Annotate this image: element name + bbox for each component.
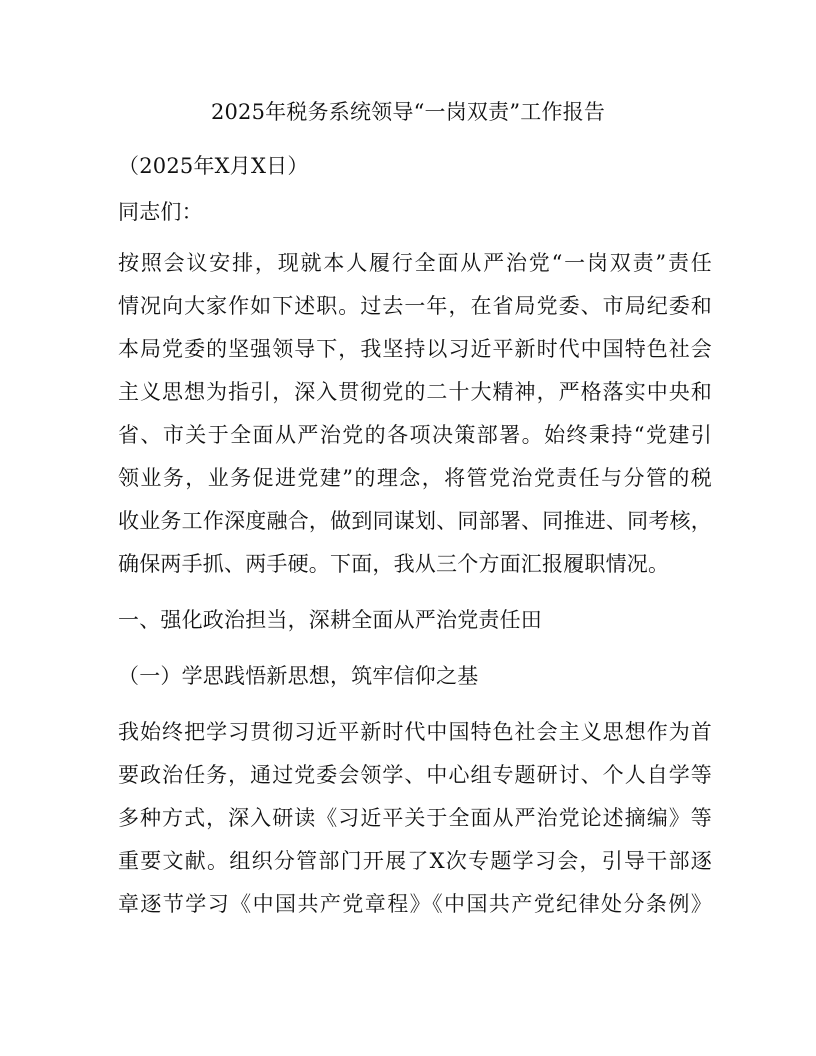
- date-line: （2025年X月X日）: [118, 152, 718, 180]
- subsection-heading: （一）学思践悟新思想，筑牢信仰之基: [118, 662, 718, 690]
- body-paragraph-line: 要政治任务，通过党委会领学、中心组专题研讨、个人自学等: [118, 761, 712, 789]
- document-page: 2025年税务系统领导“一岗双责”工作报告 （2025年X月X日） 同志们： 按…: [0, 0, 816, 1056]
- intro-paragraph-line: 收业务工作深度融合，做到同谋划、同部署、同推进、同考核，: [118, 507, 712, 535]
- intro-paragraph-line: 确保两手抓、两手硬。下面，我从三个方面汇报履职情况。: [118, 550, 718, 578]
- section-heading: 一、强化政治担当，深耕全面从严治党责任田: [118, 606, 718, 634]
- intro-paragraph-line: 省、市关于全面从严治党的各项决策部署。始终秉持“党建引: [118, 421, 712, 449]
- salutation: 同志们：: [118, 198, 718, 226]
- intro-paragraph-line: 本局党委的坚强领导下，我坚持以习近平新时代中国特色社会: [118, 335, 712, 363]
- intro-paragraph-line: 领业务，业务促进党建”的理念，将管党治党责任与分管的税: [118, 464, 712, 492]
- intro-paragraph-line: 按照会议安排，现就本人履行全面从严治党“一岗双责”责任: [118, 249, 712, 277]
- body-paragraph-line: 多种方式，深入研读《习近平关于全面从严治党论述摘编》等: [118, 804, 712, 832]
- body-paragraph-line: 章逐节学习《中国共产党章程》《中国共产党纪律处分条例》: [118, 890, 712, 918]
- body-paragraph-line: 重要文献。组织分管部门开展了X次专题学习会，引导干部逐: [118, 847, 712, 875]
- intro-paragraph-line: 情况向大家作如下述职。过去一年，在省局党委、市局纪委和: [118, 292, 712, 320]
- intro-paragraph-line: 主义思想为指引，深入贯彻党的二十大精神，严格落实中央和: [118, 378, 712, 406]
- body-paragraph-line: 我始终把学习贯彻习近平新时代中国特色社会主义思想作为首: [118, 718, 712, 746]
- document-title: 2025年税务系统领导“一岗双责”工作报告: [0, 98, 816, 126]
